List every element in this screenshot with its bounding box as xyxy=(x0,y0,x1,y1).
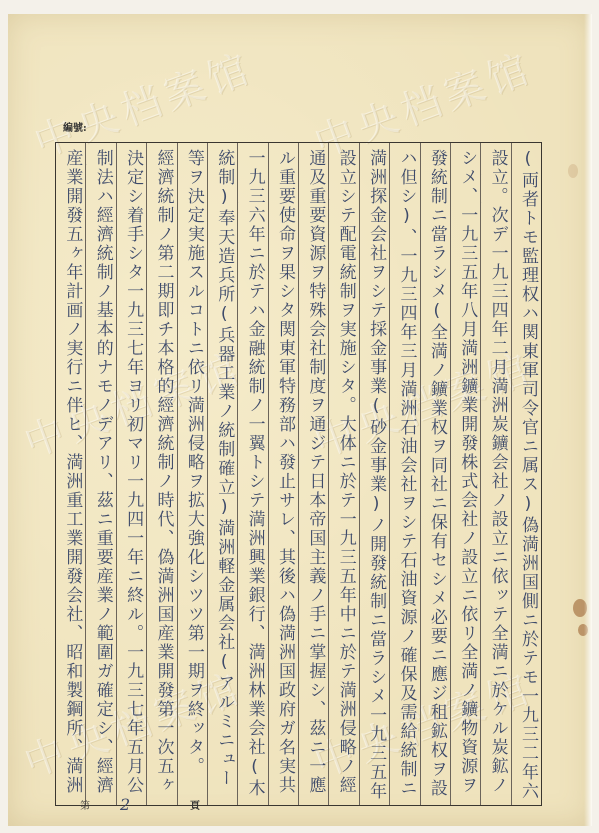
paper-stain xyxy=(568,164,578,178)
manuscript-column: 決定シ着手シタ一九三七年ヨリ初マリ一九四一年ニ終ル。一九三七年五月公布サレタ重要… xyxy=(116,143,146,805)
manuscript-column: 設立。次デ一九三四年二月満洲炭鑛会社ノ設立ニ依ッテ全満ニ於ケル炭鉱ノ開發統制ヲ為… xyxy=(480,143,510,805)
manuscript-column: 通及重要資源ヲ特殊会社制度ヲ通ジテ日本帝国主義ノ手ニ掌握シ、茲ニ一應第一期ヲ於ケ xyxy=(298,143,328,805)
manuscript-column: 發統制ニ當ラシメ(全満ノ鑛業权ヲ同社ニ保有セシメ必要ニ應ジ租鉱权ヲ設定シ租鉱料ヲ… xyxy=(420,143,450,805)
manuscript-column: (両者トモ監理权ハ関東軍司令官ニ属ス)偽満洲国側ニ於テモ一九三二年六月満洲中央銀… xyxy=(511,143,541,805)
manuscript-column: シメ、一九三五年八月満洲鑛業開發株式会社ノ設立ニ依リ全満ノ鑛物資源ヲ確保シ且其開 xyxy=(450,143,480,805)
manuscript-column: 經濟統制ノ第二期即チ本格的經濟統制ノ時代、偽満洲国産業開發第一次五ヶ年計画ヲ立案 xyxy=(146,143,176,805)
manuscript-column: ハ但シ)、一九三四年三月満洲石油会社ヲシテ石油資源ノ確保及需給統制ニ當ラシメ、一… xyxy=(389,143,419,805)
manuscript-column: 満洲探金会社ヲシテ採金事業(砂金事業)ノ開發統制ニ當ラシメ一九三五年満洲電業会社… xyxy=(359,143,389,805)
manuscript-column: 産業開發五ヶ年計画ノ実行ニ伴ヒ、満洲重工業開發会社、昭和製鋼所、満洲飛行機製造 xyxy=(56,143,85,805)
manuscript-column: 等ヲ決定実施スルコトニ依リ満洲侵略ヲ拡大強化シツツ第一期ヲ終ッタ。 xyxy=(177,143,207,805)
page-footer: 第 2 頁 xyxy=(80,797,90,812)
page-number: 2 xyxy=(120,795,130,814)
manuscript-column: ル重要使命ヲ果シタ関東軍特務部ハ發止サレ、其後ハ偽満洲国政府ガ名実共ニ主体トナリ xyxy=(268,143,298,805)
manuscript-column: 制法ハ經濟統制ノ基本的ナモノデアリ、茲ニ重要産業ノ範圍ガ確定シ、經濟統制ガ強化セ… xyxy=(85,143,115,805)
manuscript-column: 設立シテ配電統制ヲ実施シタ。大体ニ於テ一九三五年中ニ於テ満洲侵略ノ經濟的基礎將件… xyxy=(328,143,358,805)
page-prefix: 第 xyxy=(80,801,90,812)
manuscript-column: 統制)奉天造兵所(兵器工業ノ統制確立)満洲軽金属会社(アルミニューム製造工業ノ統… xyxy=(207,143,237,805)
torn-edge xyxy=(584,14,592,826)
manuscript-column: 一九三六年ニ於テハ金融統制ノ一翼トシテ満洲興業銀行、満洲林業会社(木材ノ配給及價… xyxy=(237,143,267,805)
document-page: 中央档案馆 中央档案馆 中央档案馆 中央档案馆 中央档案馆 中央档案馆 編號: … xyxy=(8,14,592,826)
page-suffix: 頁 xyxy=(190,797,200,812)
document-number-label: 編號: xyxy=(63,119,87,134)
manuscript-grid: (両者トモ監理权ハ関東軍司令官ニ属ス)偽満洲国側ニ於テモ一九三二年六月満洲中央銀… xyxy=(55,142,542,806)
